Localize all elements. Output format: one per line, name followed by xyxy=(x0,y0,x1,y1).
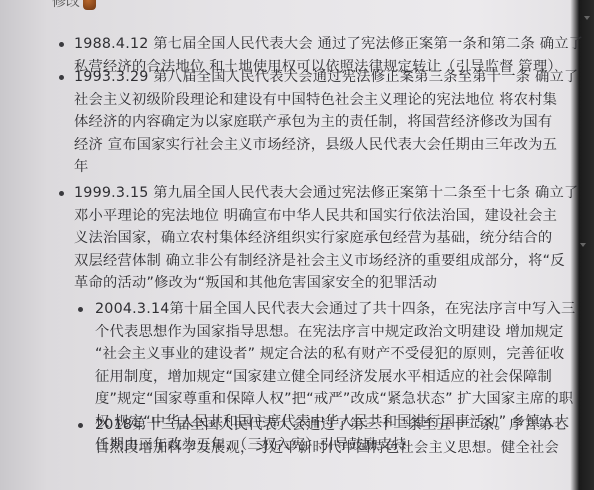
list-item-text: 2018第十三届全国人民代表大会通过了第三十二条至五十二条。序言第七 xyxy=(95,414,567,437)
list-item: 1993.3.29 第八届全国人民代表大会通过宪法修正案第三条至第十一条 确立了… xyxy=(74,66,578,179)
bullet-icon xyxy=(59,75,64,80)
list-item-text: 征用制度，增加规定“国家建立健全同经济发展水平相适应的社会保障制 xyxy=(95,366,575,389)
list-item-text: 个代表思想作为国家指导思想。在宪法序言中规定政治文明建设 增加规定 xyxy=(95,321,575,344)
list-item-text: “社会主义事业的建设者” 规定合法的私有财产不受侵犯的原则，完善征收 xyxy=(95,343,575,366)
list-item-text: 年 xyxy=(74,156,578,179)
bullet-icon xyxy=(78,423,83,428)
collapse-arrow-icon[interactable] xyxy=(584,16,590,20)
list-item-text: 邓小平理论的宪法地位 明确宣布中华人民共和国实行依法治国，建设社会主 xyxy=(74,205,578,228)
header-title: 修改 xyxy=(52,0,80,10)
list-item-text: 1993.3.29 第八届全国人民代表大会通过宪法修正案第三条至第十一条 确立了 xyxy=(74,66,578,89)
list-item-text: 双层经营体制 确立非公有制经济是社会主义市场经济的重要组成部分，将“反 xyxy=(74,250,578,273)
list-item-text: 体经济的内容确定为以家庭联产承包为主的责任制，将国营经济修改为国有 xyxy=(74,111,578,134)
list-item-text: 经济 宣布国家实行社会主义市场经济，县级人民代表大会任期由三年改为五 xyxy=(74,134,578,157)
bullet-icon xyxy=(59,42,64,47)
list-item-text: 度”规定“国家尊重和保障人权”把“戒严”改成“紧急状态” 扩大国家主席的职 xyxy=(95,388,575,411)
list-item-text: 革命的活动”修改为“叛国和其他危害国家安全的犯罪活动 xyxy=(74,272,578,295)
section-header: 修改 xyxy=(52,0,96,11)
list-item-text: 社会主义初级阶段理论和建设有中国特色社会主义理论的宪法地位 将农村集 xyxy=(74,89,578,112)
collapse-arrow-icon[interactable] xyxy=(580,243,586,247)
document-page: 修改 1988.4.12 第七届全国人民代表大会 通过了宪法修正案第一条和第二条… xyxy=(0,0,578,490)
list-item-text: 1988.4.12 第七届全国人民代表大会 通过了宪法修正案第一条和第二条 确立… xyxy=(74,33,583,56)
bullet-icon xyxy=(78,307,83,312)
emoji-icon xyxy=(83,0,96,10)
list-item: 1999.3.15 第九届全国人民代表大会通过宪法修正案第十二条至十七条 确立了… xyxy=(74,182,578,295)
bullet-icon xyxy=(59,191,64,196)
list-item-text: 1999.3.15 第九届全国人民代表大会通过宪法修正案第十二条至十七条 确立了 xyxy=(74,182,578,205)
list-item-nested: 2018第十三届全国人民代表大会通过了第三十二条至五十二条。序言第七 自然段增加… xyxy=(95,414,567,459)
list-item-text: 义法治国家，确立农村集体经济组织实行家庭承包经营为基础，统分结合的 xyxy=(74,227,578,250)
list-item-text: 自然段增加科学发展观，习近平新时代中国特色社会主义思想。健全社会 xyxy=(95,437,567,460)
list-item-text: 2004.3.14第十届全国人民代表大会通过了共十四条，在宪法序言中写入三 xyxy=(95,298,575,321)
